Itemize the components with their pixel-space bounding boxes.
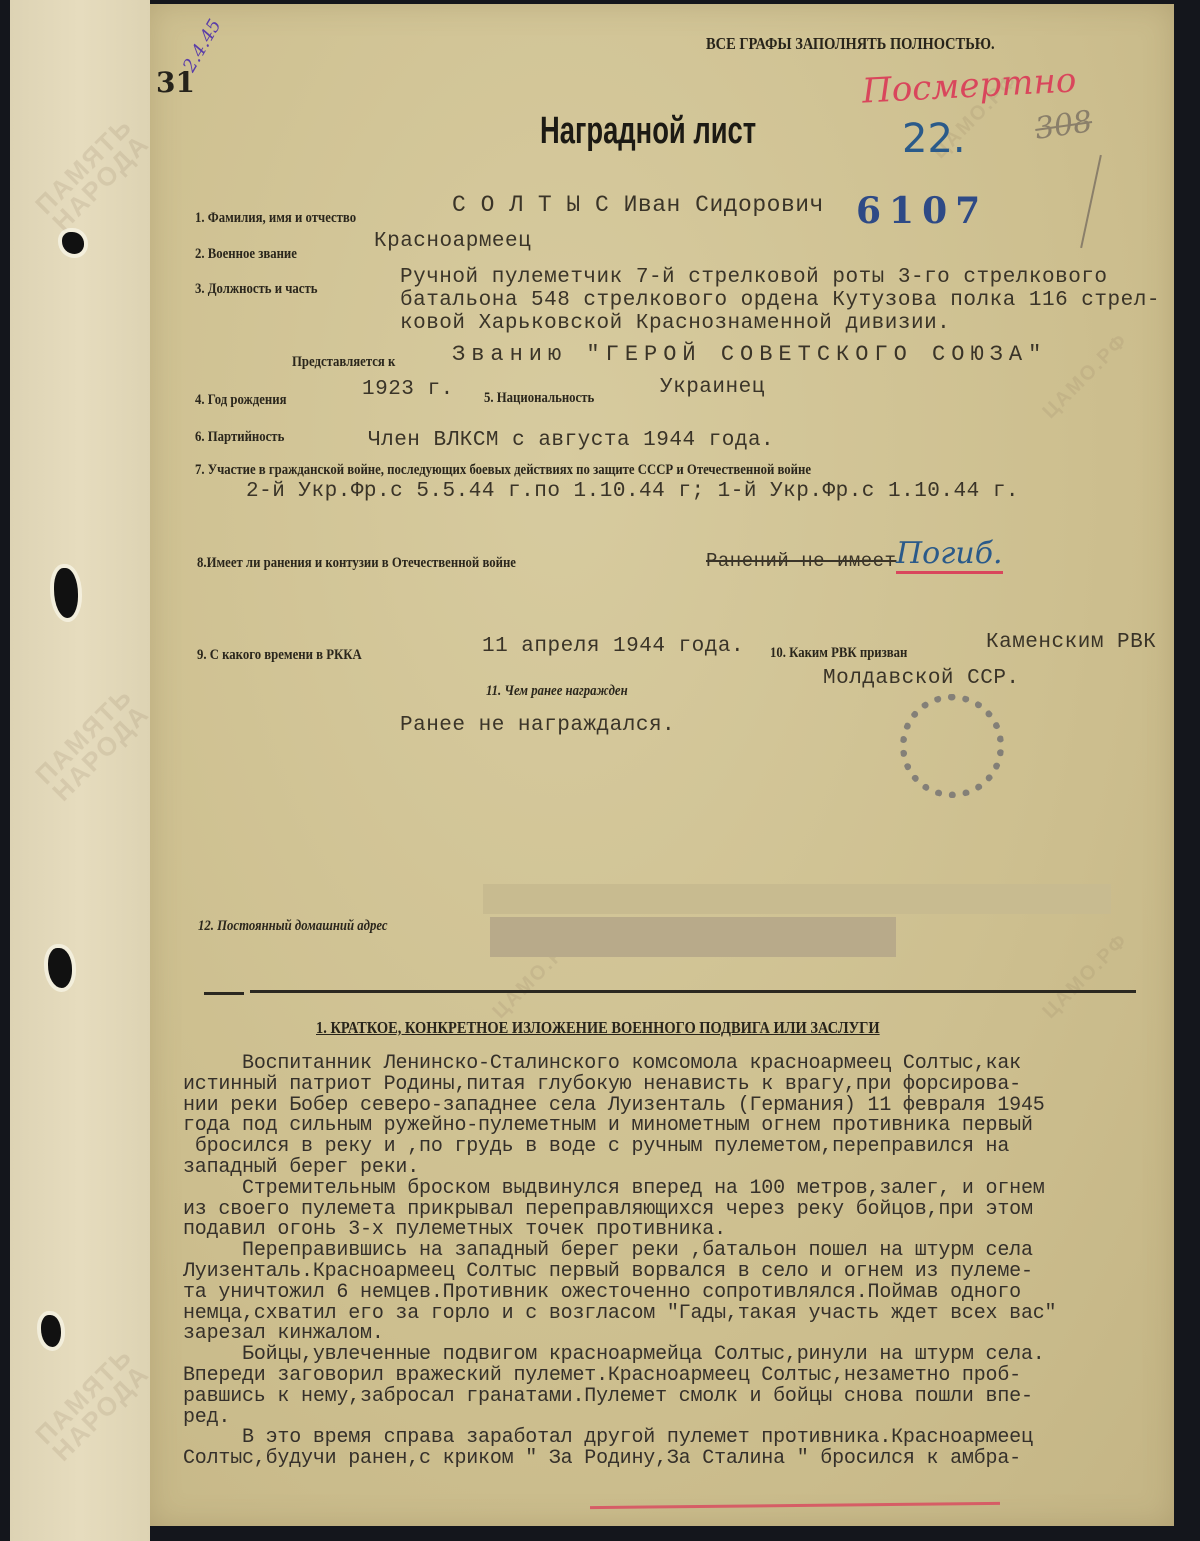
field-10-label: 10. Каким РВК призван: [770, 645, 907, 662]
field-3-value-line-2: батальона 548 стрелкового ордена Кутузов…: [400, 289, 1160, 312]
field-3-value-line-3: ковой Харьковской Краснознаменной дивизи…: [400, 312, 950, 335]
punch-hole: [41, 1315, 61, 1347]
narrative-paragraph-2: Стремительным броском выдвинулся вперед …: [183, 1179, 1173, 1241]
field-6-label: 6. Партийность: [195, 429, 284, 446]
page-title: Наградной лист: [540, 110, 756, 153]
section-1-heading: 1. КРАТКОЕ, КОНКРЕТНОЕ ИЗЛОЖЕНИЕ ВОЕННОГ…: [316, 1018, 880, 1038]
watermark-margin-top: ПАМЯТЬ НАРОДА: [31, 113, 153, 235]
divider-rule-short: [204, 992, 244, 995]
field-9-value-since: 11 апреля 1944 года.: [482, 635, 744, 658]
stamped-number: 6107: [856, 190, 988, 232]
watermark-page: ЦАМО.РФ: [1038, 328, 1133, 423]
watermark-margin-bottom: ПАМЯТЬ НАРОДА: [31, 1343, 153, 1465]
field-1-label: 1. Фамилия, имя и отчество: [195, 210, 356, 227]
field-7-label: 7. Участие в гражданской войне, последую…: [195, 462, 811, 479]
handwritten-date-note: 2.4.45: [179, 16, 226, 76]
handwritten-number-22: 22.: [902, 116, 966, 162]
crossed-pencil-number: 308: [1033, 104, 1095, 147]
binding-margin-strip: ПАМЯТЬ НАРОДА ПАМЯТЬ НАРОДА ПАМЯТЬ НАРОД…: [10, 0, 150, 1541]
pencil-mark-line: [1080, 155, 1102, 248]
field-8-label: 8.Имеет ли ранения и контузии в Отечеств…: [197, 555, 516, 572]
narrative-paragraph-3: Переправившись на западный берег реки ,б…: [183, 1241, 1173, 1345]
field-5-value-nationality: Украинец: [660, 376, 765, 399]
red-underline-mark: [590, 1502, 1000, 1509]
field-2-label: 2. Военное звание: [195, 246, 297, 263]
field-10-value-line-2: Молдавской ССР.: [823, 667, 1020, 690]
field-8-struck-value: Ранений не имеет: [706, 550, 896, 572]
punch-hole: [62, 232, 84, 254]
section-1-narrative: Воспитанник Ленинско-Сталинского комсомо…: [183, 1054, 1173, 1470]
field-2-value-rank: Красноармеец: [374, 230, 531, 253]
fill-all-fields-note: ВСЕ ГРАФЫ ЗАПОЛНЯТЬ ПОЛНОСТЬЮ.: [706, 34, 995, 54]
presented-for-value: Званию "ГЕРОЙ СОВЕТСКОГО СОЮЗА": [452, 342, 1047, 367]
field-3-value-line-1: Ручной пулеметчик 7-й стрелковой роты 3-…: [400, 266, 1108, 289]
presented-for-label: Представляется к: [292, 354, 395, 371]
divider-rule: [250, 990, 1136, 993]
award-sheet-page: ЦАМО.РФ ЦАМО.РФ ЦАМО.РФ ЦАМО.РФ ВСЕ ГРАФ…: [150, 4, 1174, 1526]
field-4-label: 4. Год рождения: [195, 392, 286, 409]
field-9-label: 9. С какого времени в РККА: [197, 647, 362, 664]
narrative-paragraph-1: Воспитанник Ленинско-Сталинского комсомо…: [183, 1054, 1173, 1179]
field-6-value-party: Член ВЛКСМ с августа 1944 года.: [368, 429, 774, 452]
field-12-label: 12. Постоянный домашний адрес: [198, 918, 388, 935]
field-11-label: 11. Чем ранее награжден: [486, 683, 628, 700]
narrative-paragraph-4: Бойцы,увлеченные подвигом красноармейца …: [183, 1345, 1173, 1428]
watermark-margin-middle: ПАМЯТЬ НАРОДА: [31, 683, 153, 805]
posthumously-note: Посмертно: [861, 60, 1077, 111]
field-8-handwritten-killed: Погиб.: [896, 536, 1003, 574]
redacted-address-bottom: [490, 917, 896, 957]
watermark-page: ЦАМО.РФ: [1038, 928, 1133, 1023]
field-10-value-line-1: Каменским РВК: [986, 631, 1156, 654]
field-5-label: 5. Национальность: [484, 390, 594, 407]
field-1-value-full-name: С О Л Т Ы С Иван Сидорович: [452, 192, 824, 218]
punch-hole: [48, 948, 72, 988]
field-4-value-birth-year: 1923 г.: [362, 378, 454, 401]
field-7-value-fronts: 2-й Укр.Фр.с 5.5.44 г.по 1.10.44 г; 1-й …: [246, 480, 1019, 503]
field-3-label: 3. Должность и часть: [195, 281, 317, 298]
narrative-paragraph-5: В это время справа заработал другой пуле…: [183, 1428, 1173, 1470]
redacted-address-top: [483, 884, 1111, 914]
field-11-value-prior-awards: Ранее не награждался.: [400, 714, 675, 737]
punch-hole: [54, 568, 78, 618]
official-seal-stamp: [900, 694, 1004, 798]
